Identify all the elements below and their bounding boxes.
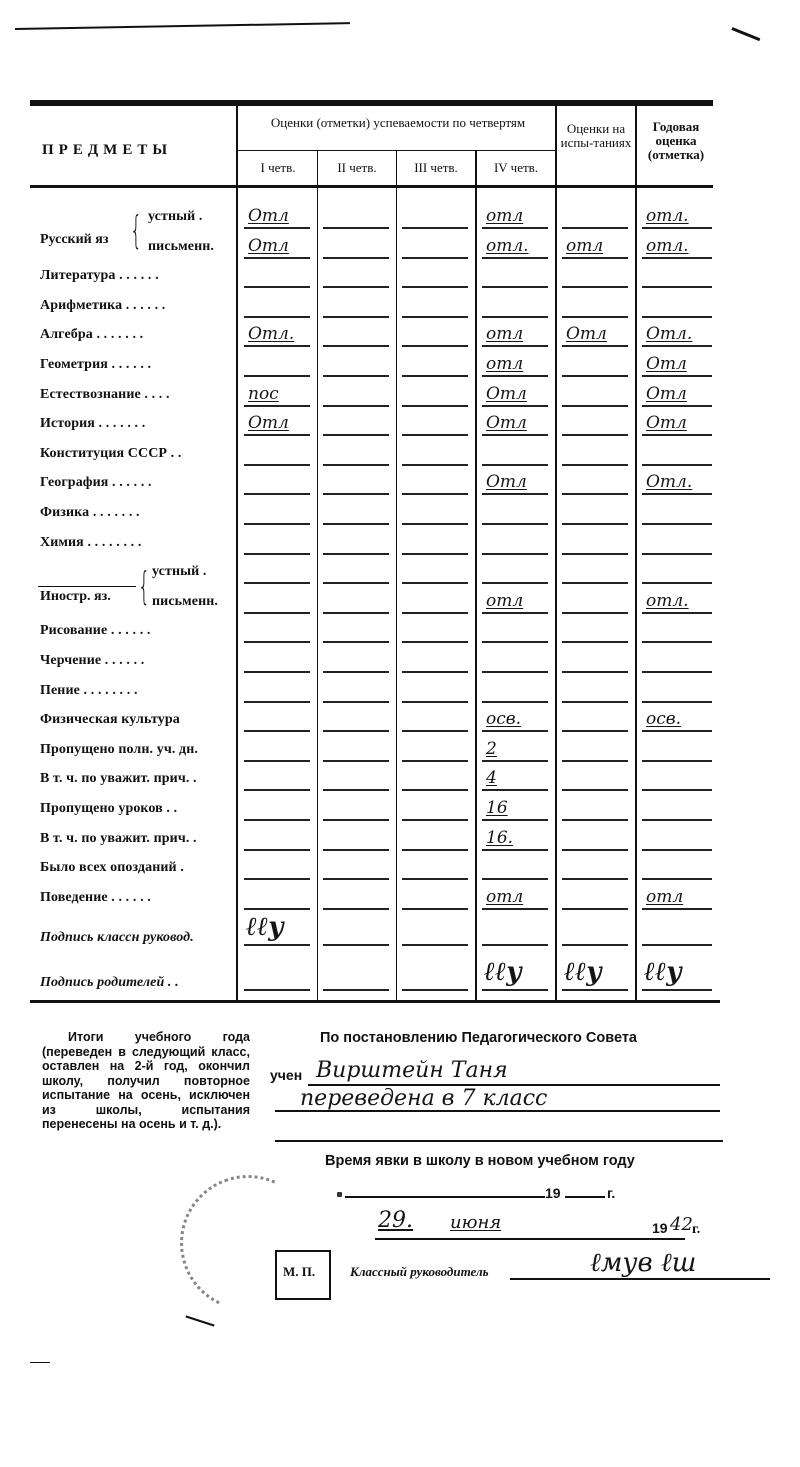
- cell-line-q3: [402, 878, 468, 880]
- cell-line-q2: [323, 878, 389, 880]
- grade-q1: пос: [248, 384, 279, 404]
- cell-line-exam: [562, 257, 628, 259]
- cell-line-annual: [642, 612, 712, 614]
- cell-line-exam: [562, 523, 628, 525]
- cell-line-q2: [323, 375, 389, 377]
- signature-cell-line-q2: [323, 989, 389, 991]
- class-teacher-label: Классный руководитель: [350, 1264, 489, 1280]
- student-prefix: учен: [270, 1067, 302, 1083]
- quarters-group-header: Оценки (отметки) успеваемости по четверт…: [262, 116, 534, 130]
- cell-line-q4: [482, 523, 548, 525]
- russian-group-label: Русский яз: [40, 232, 108, 248]
- col-divider-q3: [396, 151, 397, 1001]
- cell-line-q1: [244, 819, 310, 821]
- cell-line-annual: [642, 819, 712, 821]
- corner-mark: [731, 27, 760, 41]
- cell-line-q3: [402, 345, 468, 347]
- cell-line-exam: [562, 671, 628, 673]
- cell-line-annual: [642, 878, 712, 880]
- russian-brace: {: [130, 211, 142, 249]
- quarter-4-header: IV четв.: [476, 161, 556, 175]
- cell-line-annual: [642, 257, 712, 259]
- cell-line-q2: [323, 671, 389, 673]
- cell-line-exam: [562, 375, 628, 377]
- signature-cell-line-q4: [482, 989, 548, 991]
- decision-intro: По постановлению Педагогического Совета: [320, 1030, 637, 1046]
- quarter-1-header: I четв.: [238, 161, 318, 175]
- cell-line-q1: [244, 908, 310, 910]
- cell-line-q3: [402, 760, 468, 762]
- subjects-header: ПРЕДМЕТЫ: [42, 143, 222, 157]
- signature-mark: ℓℓy: [644, 957, 681, 987]
- date-blank-suffix: г.: [607, 1185, 615, 1201]
- cell-line-annual: [642, 286, 712, 288]
- signature-cell-line-q3: [402, 989, 468, 991]
- cell-line-q1: [244, 701, 310, 703]
- stray-mark-2: [30, 1362, 50, 1363]
- grade-annual: Отл: [646, 384, 687, 404]
- grade-annual: отл.: [646, 591, 689, 611]
- signature-cell-line-q2: [323, 944, 389, 946]
- grade-annual: отл.: [646, 206, 689, 226]
- grade-q4: осв.: [486, 709, 521, 729]
- cell-line-q4: [482, 878, 548, 880]
- grade-q4: отл: [486, 324, 523, 344]
- grade-q4: Отл: [486, 413, 527, 433]
- cell-line-annual: [642, 375, 712, 377]
- cell-line-q2: [323, 493, 389, 495]
- date-blank-line: [345, 1196, 545, 1198]
- grade-annual: Отл: [646, 413, 687, 433]
- subject-label: Конституция СССР . .: [40, 446, 181, 462]
- cell-line-q3: [402, 375, 468, 377]
- cell-line-q4: [482, 849, 548, 851]
- cell-line-annual: [642, 789, 712, 791]
- grade-exam: Отл: [566, 324, 607, 344]
- foreign-group-label: Иностр. яз.: [40, 589, 111, 605]
- cell-line-q4: [482, 345, 548, 347]
- cell-line-q1: [244, 523, 310, 525]
- subject-label: Поведение . . . . . .: [40, 890, 151, 906]
- subject-label: В т. ч. по уважит. прич. .: [40, 831, 197, 847]
- signature-cell-line-annual: [642, 989, 712, 991]
- cell-line-exam: [562, 730, 628, 732]
- cell-line-exam: [562, 641, 628, 643]
- cell-line-q3: [402, 671, 468, 673]
- cell-line-q2: [323, 701, 389, 703]
- grade-q1: Отл.: [248, 324, 294, 344]
- quarters-group-underline: [238, 150, 556, 151]
- subject-label: устный .: [152, 564, 207, 580]
- cell-line-q1: [244, 641, 310, 643]
- subject-label: Химия . . . . . . . .: [40, 535, 141, 551]
- signature-row-label: Подпись классн руковод.: [40, 930, 194, 946]
- cell-line-q2: [323, 641, 389, 643]
- cell-line-q4: [482, 316, 548, 318]
- table-top-rule: [30, 100, 713, 106]
- class-teacher-line: [510, 1278, 770, 1280]
- cell-line-annual: [642, 701, 712, 703]
- subject-label: География . . . . . .: [40, 475, 152, 491]
- cell-line-exam: [562, 760, 628, 762]
- cell-line-q1: [244, 257, 310, 259]
- cell-line-q3: [402, 908, 468, 910]
- round-stamp-mark: [161, 1156, 335, 1330]
- report-time-label: Время явки в школу в новом учебном году: [325, 1153, 635, 1169]
- date-year-suffix: 42: [670, 1214, 693, 1235]
- cell-line-q3: [402, 227, 468, 229]
- cell-line-q2: [323, 523, 389, 525]
- cell-line-q4: [482, 760, 548, 762]
- cell-line-q4: [482, 286, 548, 288]
- grade-annual: Отл.: [646, 472, 692, 492]
- cell-line-q1: [244, 286, 310, 288]
- grade-exam: отл: [566, 236, 603, 256]
- cell-line-annual: [642, 464, 712, 466]
- grade-q4: 16: [486, 798, 508, 818]
- cell-line-annual: [642, 582, 712, 584]
- cell-line-q4: [482, 227, 548, 229]
- cell-line-q4: [482, 730, 548, 732]
- top-edge-line: [15, 22, 350, 30]
- cell-line-q1: [244, 849, 310, 851]
- subject-label: Арифметика . . . . . .: [40, 298, 165, 314]
- cell-line-annual: [642, 227, 712, 229]
- cell-line-q3: [402, 464, 468, 466]
- cell-line-q4: [482, 701, 548, 703]
- cell-line-q1: [244, 405, 310, 407]
- cell-line-exam: [562, 612, 628, 614]
- subject-label: Естествознание . . . .: [40, 387, 170, 403]
- cell-line-annual: [642, 908, 712, 910]
- cell-line-annual: [642, 671, 712, 673]
- cell-line-q2: [323, 405, 389, 407]
- subject-label: В т. ч. по уважит. прич. .: [40, 771, 197, 787]
- cell-line-annual: [642, 434, 712, 436]
- signature-cell-line-q1: [244, 989, 310, 991]
- signature-cell-line-exam: [562, 989, 628, 991]
- cell-line-q2: [323, 227, 389, 229]
- annual-header: Годовая оценка (отметка): [638, 120, 714, 162]
- cell-line-q1: [244, 789, 310, 791]
- cell-line-q4: [482, 789, 548, 791]
- subject-label: письменн.: [152, 594, 218, 610]
- cell-line-annual: [642, 345, 712, 347]
- header-bottom-rule: [30, 185, 713, 188]
- cell-line-q4: [482, 375, 548, 377]
- subject-label: Пропущено уроков . .: [40, 801, 177, 817]
- subject-label: Физика . . . . . . .: [40, 505, 140, 521]
- cell-line-q2: [323, 316, 389, 318]
- grade-annual: осв.: [646, 709, 681, 729]
- grade-q4: отл: [486, 206, 523, 226]
- cell-line-q1: [244, 464, 310, 466]
- grade-q1: Отл: [248, 236, 289, 256]
- cell-line-q2: [323, 553, 389, 555]
- cell-line-exam: [562, 819, 628, 821]
- cell-line-q2: [323, 819, 389, 821]
- cell-line-q3: [402, 849, 468, 851]
- cell-line-q2: [323, 760, 389, 762]
- cell-line-exam: [562, 286, 628, 288]
- subject-label: устный .: [148, 209, 203, 225]
- grade-q1: Отл: [248, 413, 289, 433]
- signature-cell-line-q1: [244, 944, 310, 946]
- cell-line-q4: [482, 257, 548, 259]
- grade-q1: Отл: [248, 206, 289, 226]
- subject-label: Геометрия . . . . . .: [40, 357, 151, 373]
- foreign-group-line: [38, 586, 136, 587]
- cell-line-exam: [562, 789, 628, 791]
- cell-line-exam: [562, 701, 628, 703]
- cell-line-q4: [482, 908, 548, 910]
- cell-line-q2: [323, 849, 389, 851]
- signature-mark: ℓℓy: [484, 957, 521, 987]
- cell-line-q1: [244, 582, 310, 584]
- grade-q4: отл: [486, 354, 523, 374]
- date-blank-year: 19: [545, 1185, 561, 1201]
- grade-q4: отл.: [486, 236, 529, 256]
- cell-line-q4: [482, 582, 548, 584]
- subject-label: Черчение . . . . . .: [40, 653, 144, 669]
- cell-line-q3: [402, 730, 468, 732]
- cell-line-annual: [642, 523, 712, 525]
- cell-line-q1: [244, 434, 310, 436]
- results-note: Итоги учебного года (переведен в следующ…: [42, 1030, 250, 1132]
- cell-line-q3: [402, 493, 468, 495]
- date-blank-dot: [337, 1192, 342, 1197]
- cell-line-q1: [244, 730, 310, 732]
- cell-line-annual: [642, 730, 712, 732]
- quarter-2-header: II четв.: [318, 161, 396, 175]
- subject-label: Физическая культура: [40, 712, 180, 728]
- grade-q4: отл: [486, 591, 523, 611]
- col-divider-q4: [475, 151, 477, 1001]
- cell-line-q2: [323, 582, 389, 584]
- signature-cell-line-annual: [642, 944, 712, 946]
- signature-cell-line-exam: [562, 944, 628, 946]
- cell-line-annual: [642, 493, 712, 495]
- student-name: Вирштейн Таня: [316, 1058, 508, 1083]
- cell-line-q1: [244, 345, 310, 347]
- signature-cell-line-q3: [402, 944, 468, 946]
- cell-line-q3: [402, 553, 468, 555]
- date-year-prefix: 19: [652, 1220, 668, 1236]
- cell-line-q1: [244, 553, 310, 555]
- cell-line-q1: [244, 671, 310, 673]
- cell-line-q2: [323, 730, 389, 732]
- cell-line-q2: [323, 286, 389, 288]
- signature-cell-line-q4: [482, 944, 548, 946]
- cell-line-q4: [482, 493, 548, 495]
- student-line-3: [275, 1140, 723, 1142]
- signature-row-label: Подпись родителей . .: [40, 975, 179, 991]
- cell-line-q3: [402, 523, 468, 525]
- cell-line-q3: [402, 434, 468, 436]
- cell-line-exam: [562, 878, 628, 880]
- cell-line-q1: [244, 375, 310, 377]
- cell-line-annual: [642, 760, 712, 762]
- grade-annual: отл: [646, 887, 683, 907]
- cell-line-exam: [562, 316, 628, 318]
- cell-line-exam: [562, 493, 628, 495]
- cell-line-q3: [402, 612, 468, 614]
- cell-line-q4: [482, 612, 548, 614]
- cell-line-q1: [244, 316, 310, 318]
- grade-annual: отл.: [646, 236, 689, 256]
- cell-line-q4: [482, 464, 548, 466]
- cell-line-exam: [562, 464, 628, 466]
- grade-q4: 16.: [486, 828, 513, 848]
- grade-q4: 2: [486, 739, 497, 759]
- col-divider-subjects: [236, 106, 238, 1001]
- cell-line-q1: [244, 493, 310, 495]
- cell-line-q3: [402, 641, 468, 643]
- cell-line-q3: [402, 257, 468, 259]
- class-teacher-signature: ℓмув ℓш: [590, 1248, 696, 1278]
- exam-header: Оценки на испы-таниях: [558, 122, 634, 150]
- cell-line-q1: [244, 612, 310, 614]
- cell-line-exam: [562, 227, 628, 229]
- subject-label: Рисование . . . . . .: [40, 623, 151, 639]
- date-filled-line: [375, 1238, 685, 1240]
- col-divider-annual: [635, 106, 637, 1001]
- grade-q4: Отл: [486, 472, 527, 492]
- foreign-brace: {: [138, 567, 150, 605]
- cell-line-annual: [642, 849, 712, 851]
- cell-line-exam: [562, 345, 628, 347]
- cell-line-q3: [402, 789, 468, 791]
- cell-line-q4: [482, 641, 548, 643]
- cell-line-annual: [642, 553, 712, 555]
- date-day: 29.: [378, 1208, 413, 1233]
- signature-mark: ℓℓy: [564, 957, 601, 987]
- cell-line-exam: [562, 908, 628, 910]
- cell-line-exam: [562, 553, 628, 555]
- cell-line-exam: [562, 434, 628, 436]
- grade-q4: 4: [486, 768, 497, 788]
- subject-label: Литература . . . . . .: [40, 268, 159, 284]
- cell-line-q3: [402, 582, 468, 584]
- cell-line-exam: [562, 849, 628, 851]
- cell-line-q4: [482, 434, 548, 436]
- cell-line-q4: [482, 819, 548, 821]
- cell-line-q3: [402, 819, 468, 821]
- subject-label: Было всех опозданий .: [40, 860, 184, 876]
- cell-line-q2: [323, 908, 389, 910]
- cell-line-annual: [642, 405, 712, 407]
- cell-line-q2: [323, 434, 389, 436]
- cell-line-q2: [323, 345, 389, 347]
- cell-line-q2: [323, 789, 389, 791]
- grade-annual: Отл: [646, 354, 687, 374]
- cell-line-exam: [562, 405, 628, 407]
- cell-line-q1: [244, 760, 310, 762]
- subject-label: Алгебра . . . . . . .: [40, 327, 143, 343]
- cell-line-q3: [402, 701, 468, 703]
- col-divider-q2: [317, 151, 318, 1001]
- cell-line-q3: [402, 405, 468, 407]
- stray-mark: [185, 1315, 214, 1326]
- grade-q4: Отл: [486, 384, 527, 404]
- date-blank-line-2: [565, 1196, 605, 1198]
- subject-label: письменн.: [148, 239, 214, 255]
- cell-line-q1: [244, 878, 310, 880]
- cell-line-q2: [323, 257, 389, 259]
- decision-text: переведена в 7 класс: [300, 1086, 547, 1111]
- col-divider-exam: [555, 106, 557, 1001]
- signature-mark: ℓℓy: [246, 912, 283, 942]
- subject-label: Пропущено полн. уч. дн.: [40, 742, 198, 758]
- cell-line-q4: [482, 553, 548, 555]
- subject-label: Пение . . . . . . . .: [40, 683, 138, 699]
- cell-line-annual: [642, 316, 712, 318]
- cell-line-annual: [642, 641, 712, 643]
- cell-line-q4: [482, 405, 548, 407]
- cell-line-q1: [244, 227, 310, 229]
- cell-line-q2: [323, 464, 389, 466]
- table-bottom-rule: [30, 1000, 720, 1003]
- grade-q4: отл: [486, 887, 523, 907]
- cell-line-q3: [402, 286, 468, 288]
- cell-line-q4: [482, 671, 548, 673]
- subject-label: История . . . . . . .: [40, 416, 145, 432]
- cell-line-q3: [402, 316, 468, 318]
- date-year-end: г.: [692, 1222, 700, 1238]
- date-month: июня: [450, 1212, 501, 1233]
- cell-line-exam: [562, 582, 628, 584]
- grade-annual: Отл.: [646, 324, 692, 344]
- cell-line-q2: [323, 612, 389, 614]
- quarter-3-header: III четв.: [396, 161, 476, 175]
